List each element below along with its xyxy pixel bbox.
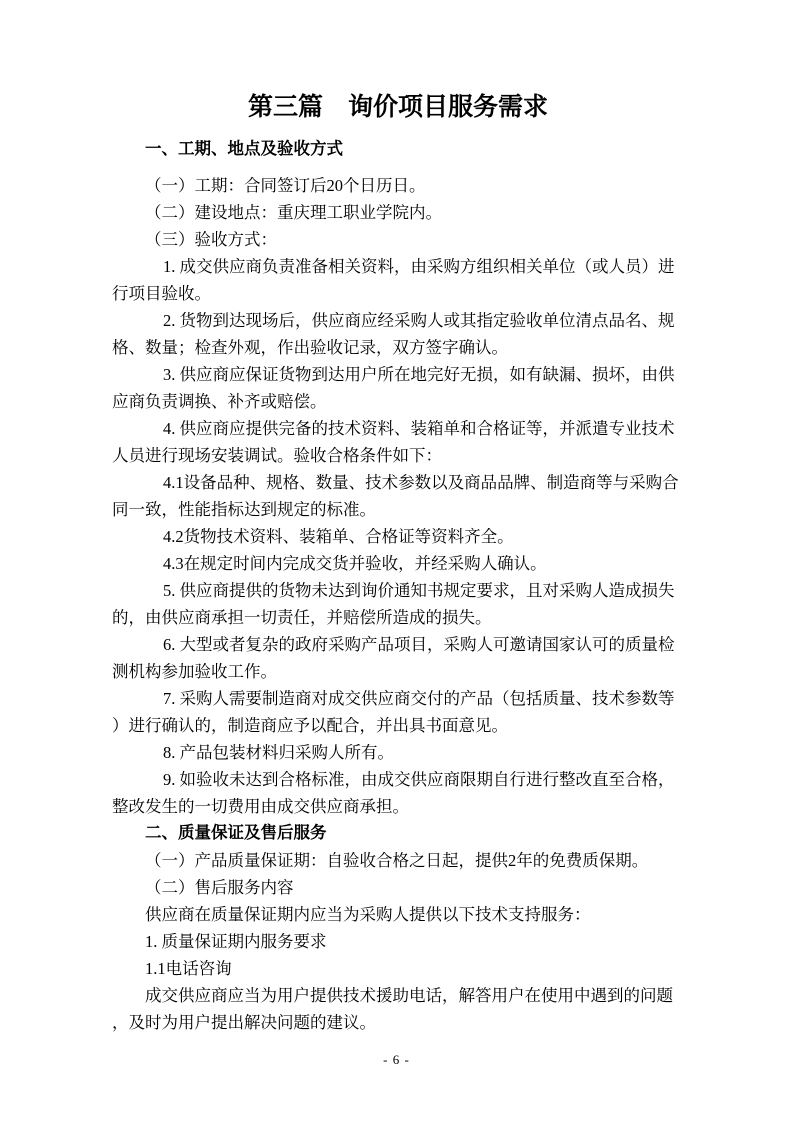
paragraph: 9. 如验收未达到合格标准，由成交供应商限期自行进行整改直至合格，整改发生的一切…	[112, 766, 684, 820]
paragraph: 4. 供应商应提供完备的技术资料、装箱单和合格证等，并派遣专业技术人员进行现场安…	[112, 415, 684, 469]
paragraph: 1. 质量保证期内服务要求	[112, 928, 684, 955]
paragraph-line: ，及时为用户提出解决问题的建议。	[112, 1009, 684, 1036]
paragraph-line: 供应商在质量保证期内应当为采购人提供以下技术支持服务：	[112, 901, 684, 928]
paragraph-line: 的，由供应商承担一切责任，并赔偿所造成的损失。	[112, 604, 684, 631]
paragraph-line: （一）工期：合同签订后20个日历日。	[112, 172, 684, 199]
paragraph: 3. 供应商应保证货物到达用户所在地完好无损，如有缺漏、损坏，由供应商负责调换、…	[112, 361, 684, 415]
paragraph: 6. 大型或者复杂的政府采购产品项目，采购人可邀请国家认可的质量检测机构参加验收…	[112, 631, 684, 685]
paragraph: 2. 货物到达现场后，供应商应经采购人或其指定验收单位清点品名、规格、数量；检查…	[112, 307, 684, 361]
paragraph: （一）产品质量保证期：自验收合格之日起，提供2年的免费质保期。	[112, 847, 684, 874]
paragraph-line: 1. 质量保证期内服务要求	[112, 928, 684, 955]
paragraph-line: 5. 供应商提供的货物未达到询价通知书规定要求，且对采购人造成损失	[112, 577, 684, 604]
paragraph-line: 4.3在规定时间内完成交货并验收，并经采购人确认。	[112, 550, 684, 577]
paragraph-line: （二）建设地点：重庆理工职业学院内。	[112, 199, 684, 226]
section-heading: 二、质量保证及售后服务	[112, 820, 684, 847]
paragraph: 1.1电话咨询	[112, 955, 684, 982]
paragraph-line: 成交供应商应当为用户提供技术援助电话，解答用户在使用中遇到的问题	[112, 982, 684, 1009]
paragraph-line: 1. 成交供应商负责准备相关资料，由采购方组织相关单位（或人员）进	[112, 253, 684, 280]
paragraph-line: （二）售后服务内容	[112, 874, 684, 901]
paragraph: （二）建设地点：重庆理工职业学院内。	[112, 199, 684, 226]
paragraph: 成交供应商应当为用户提供技术援助电话，解答用户在使用中遇到的问题，及时为用户提出…	[112, 982, 684, 1036]
paragraph-line: 行项目验收。	[112, 280, 684, 307]
paragraph-line: 9. 如验收未达到合格标准，由成交供应商限期自行进行整改直至合格，	[112, 766, 684, 793]
paragraph: 8. 产品包装材料归采购人所有。	[112, 739, 684, 766]
paragraph-line: 4.2货物技术资料、装箱单、合格证等资料齐全。	[112, 523, 684, 550]
paragraph-line: 格、数量；检查外观，作出验收记录，双方签字确认。	[112, 334, 684, 361]
paragraph-line: 测机构参加验收工作。	[112, 658, 684, 685]
document-content: 第三篇 询价项目服务需求 一、工期、地点及验收方式（一）工期：合同签订后20个日…	[112, 0, 684, 1036]
paragraph: 4.2货物技术资料、装箱单、合格证等资料齐全。	[112, 523, 684, 550]
paragraph: （二）售后服务内容	[112, 874, 684, 901]
paragraph: 4.3在规定时间内完成交货并验收，并经采购人确认。	[112, 550, 684, 577]
paragraph-line: 4. 供应商应提供完备的技术资料、装箱单和合格证等，并派遣专业技术	[112, 415, 684, 442]
paragraph: （三）验收方式：	[112, 226, 684, 253]
paragraph: （一）工期：合同签订后20个日历日。	[112, 172, 684, 199]
paragraph-line: （三）验收方式：	[112, 226, 684, 253]
section-heading: 一、工期、地点及验收方式	[112, 136, 684, 163]
paragraph-line: 应商负责调换、补齐或赔偿。	[112, 388, 684, 415]
paragraph-line: 2. 货物到达现场后，供应商应经采购人或其指定验收单位清点品名、规	[112, 307, 684, 334]
paragraph-line: （一）产品质量保证期：自验收合格之日起，提供2年的免费质保期。	[112, 847, 684, 874]
paragraph-line: 1.1电话咨询	[112, 955, 684, 982]
paragraph: 4.1设备品种、规格、数量、技术参数以及商品品牌、制造商等与采购合同一致，性能指…	[112, 469, 684, 523]
page-number: - 6 -	[0, 1050, 793, 1070]
document-page: 第三篇 询价项目服务需求 一、工期、地点及验收方式（一）工期：合同签订后20个日…	[0, 0, 793, 1122]
paragraph-line: 3. 供应商应保证货物到达用户所在地完好无损，如有缺漏、损坏，由供	[112, 361, 684, 388]
document-title: 第三篇 询价项目服务需求	[112, 92, 684, 122]
paragraph-line: 4.1设备品种、规格、数量、技术参数以及商品品牌、制造商等与采购合	[112, 469, 684, 496]
paragraph-line: 8. 产品包装材料归采购人所有。	[112, 739, 684, 766]
paragraph-line: 同一致，性能指标达到规定的标准。	[112, 496, 684, 523]
document-body: 一、工期、地点及验收方式（一）工期：合同签订后20个日历日。（二）建设地点：重庆…	[112, 136, 684, 1036]
paragraph: 5. 供应商提供的货物未达到询价通知书规定要求，且对采购人造成损失的，由供应商承…	[112, 577, 684, 631]
paragraph-line: 6. 大型或者复杂的政府采购产品项目，采购人可邀请国家认可的质量检	[112, 631, 684, 658]
paragraph: 1. 成交供应商负责准备相关资料，由采购方组织相关单位（或人员）进行项目验收。	[112, 253, 684, 307]
paragraph-line: ）进行确认的，制造商应予以配合，并出具书面意见。	[112, 712, 684, 739]
paragraph-line: 7. 采购人需要制造商对成交供应商交付的产品（包括质量、技术参数等	[112, 685, 684, 712]
paragraph: 7. 采购人需要制造商对成交供应商交付的产品（包括质量、技术参数等）进行确认的，…	[112, 685, 684, 739]
paragraph-line: 人员进行现场安装调试。验收合格条件如下：	[112, 442, 684, 469]
paragraph: 供应商在质量保证期内应当为采购人提供以下技术支持服务：	[112, 901, 684, 928]
paragraph-line: 整改发生的一切费用由成交供应商承担。	[112, 793, 684, 820]
